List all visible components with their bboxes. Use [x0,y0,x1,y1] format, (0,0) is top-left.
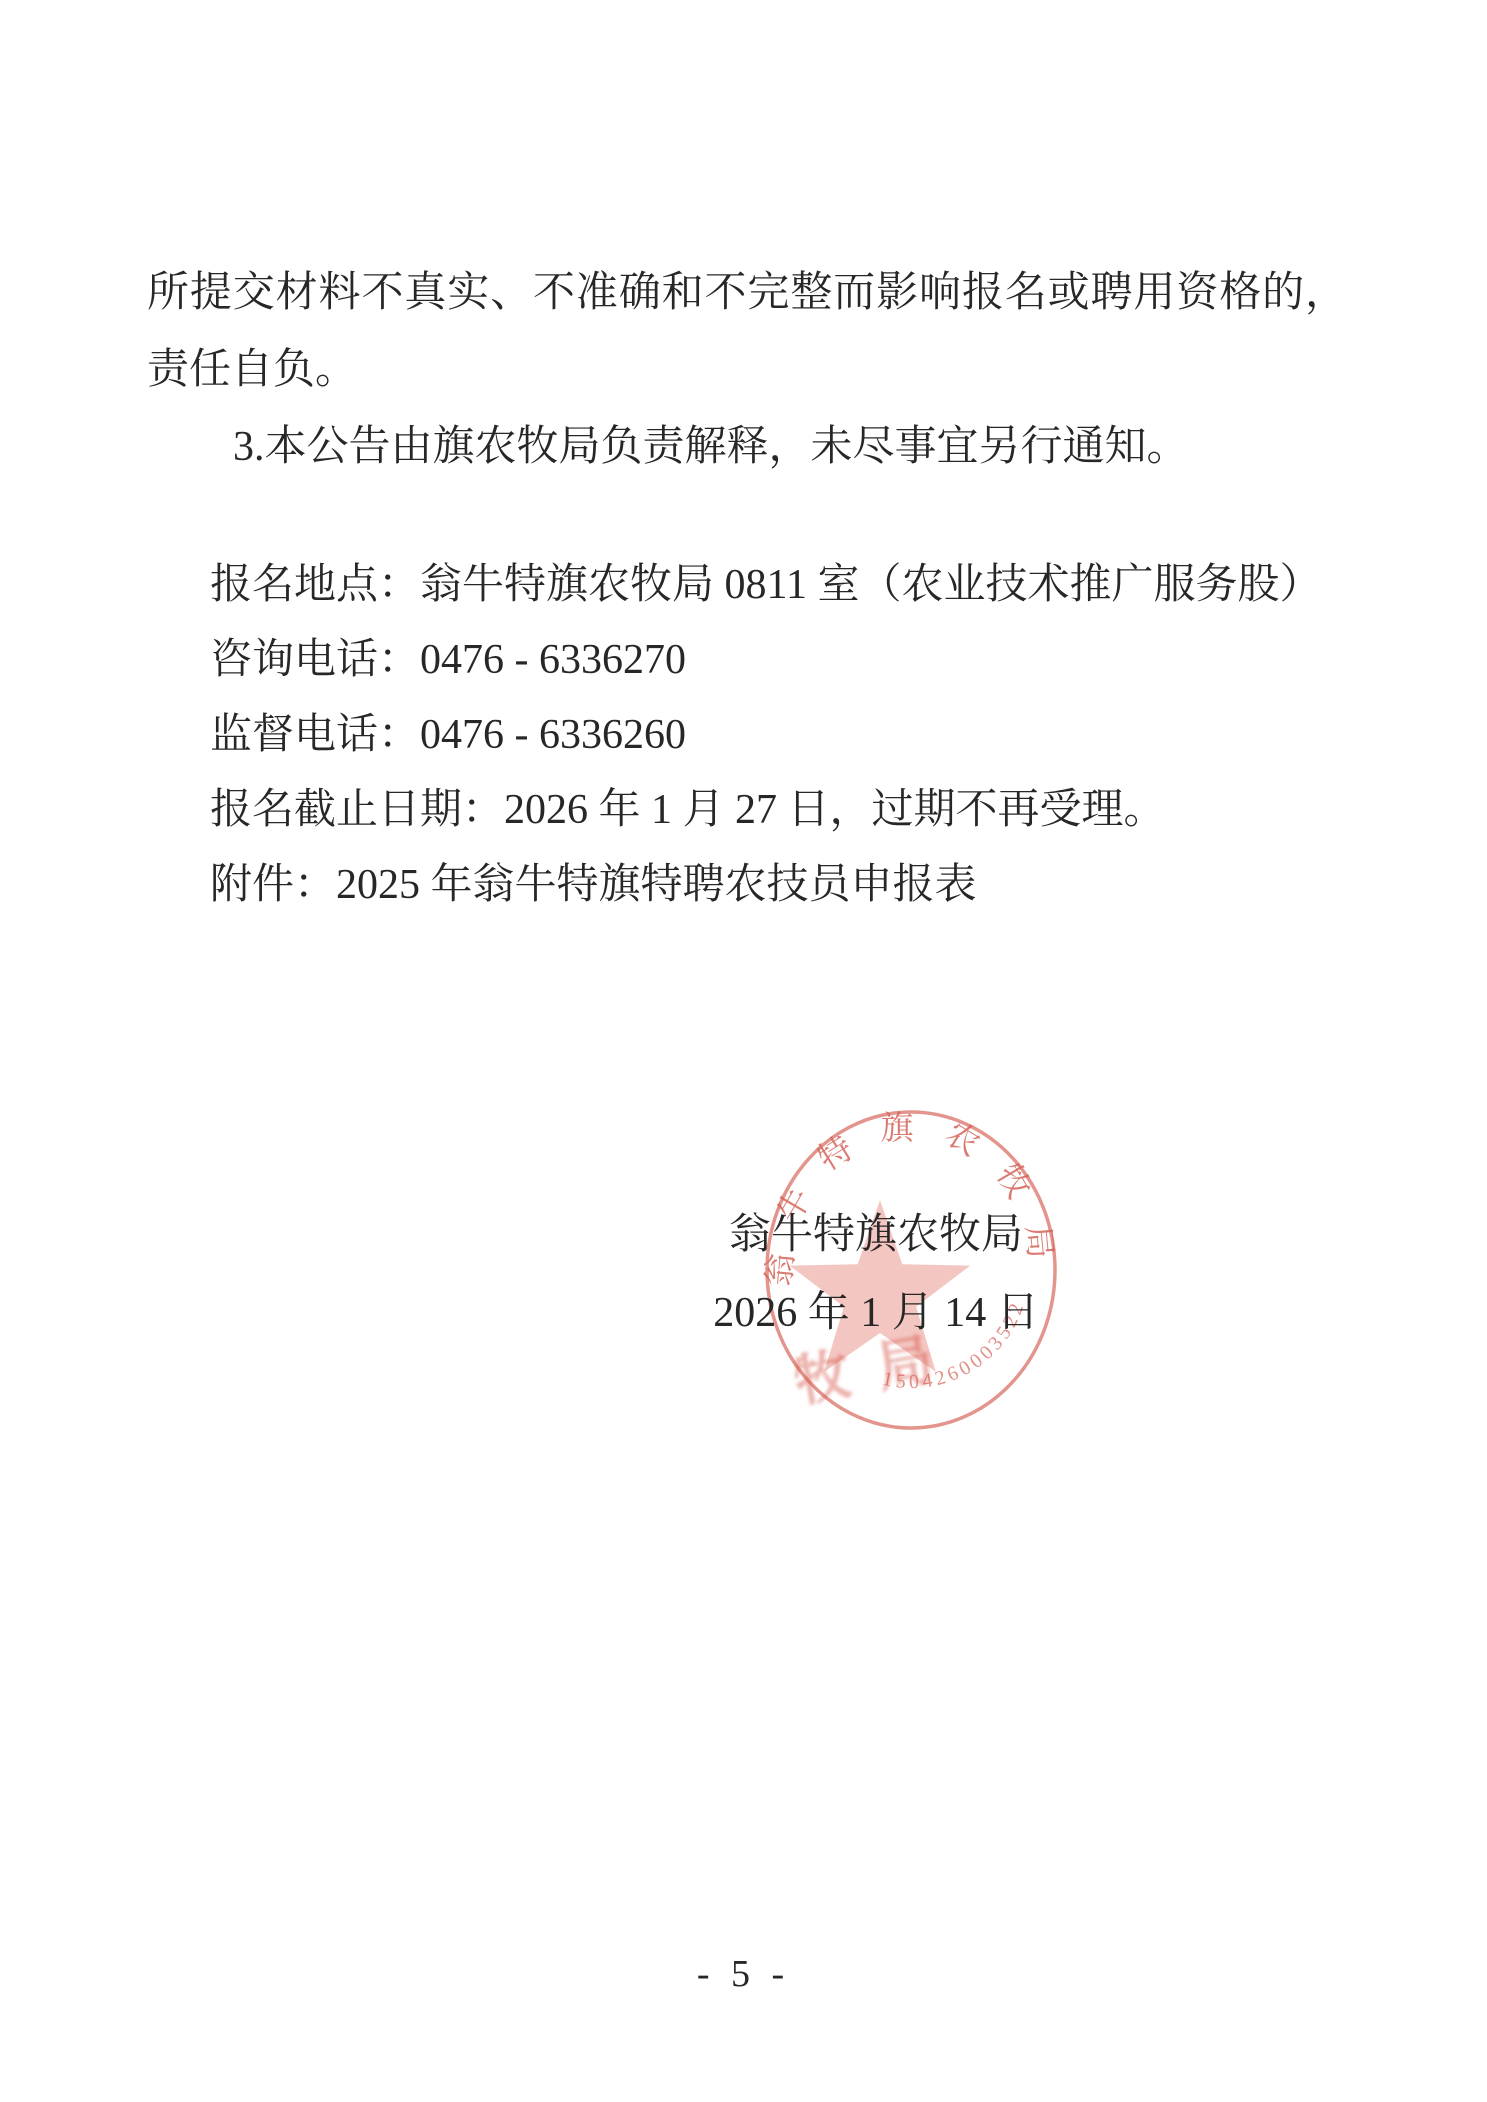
supervision-phone-line: 监督电话：0476 - 6336260 [210,698,1347,773]
inquiry-phone-line: 咨询电话：0476 - 6336270 [210,623,1347,698]
attachment-line: 附件：2025 年翁牛特旗特聘农技员申报表 [210,848,1347,923]
deadline-line: 报名截止日期：2026 年 1 月 27 日，过期不再受理。 [210,773,1347,848]
registration-location-line: 报名地点：翁牛特旗农牧局 0811 室（农业技术推广服务股） [210,548,1347,623]
page-number: - 5 - [0,1952,1487,1996]
signature-date: 2026 年 1 月 14 日 [626,1274,1126,1352]
paragraph-item-3: 3.本公告由旗农牧局负责解释，未尽事宜另行通知。 [147,409,1347,486]
signature-org: 翁牛特旗农牧局 [626,1196,1126,1274]
paragraph-continuation: 所提交材料不真实、不准确和不完整而影响报名或聘用资格的，责任自负。 [147,255,1347,409]
signature-block: 翁牛特旗农牧局 2026 年 1 月 14 日 [626,1196,1126,1352]
contact-info-block: 报名地点：翁牛特旗农牧局 0811 室（农业技术推广服务股） 咨询电话：0476… [210,548,1347,923]
document-body: 所提交材料不真实、不准确和不完整而影响报名或聘用资格的，责任自负。 3.本公告由… [147,255,1347,923]
document-page: 所提交材料不真实、不准确和不完整而影响报名或聘用资格的，责任自负。 3.本公告由… [0,0,1487,2102]
